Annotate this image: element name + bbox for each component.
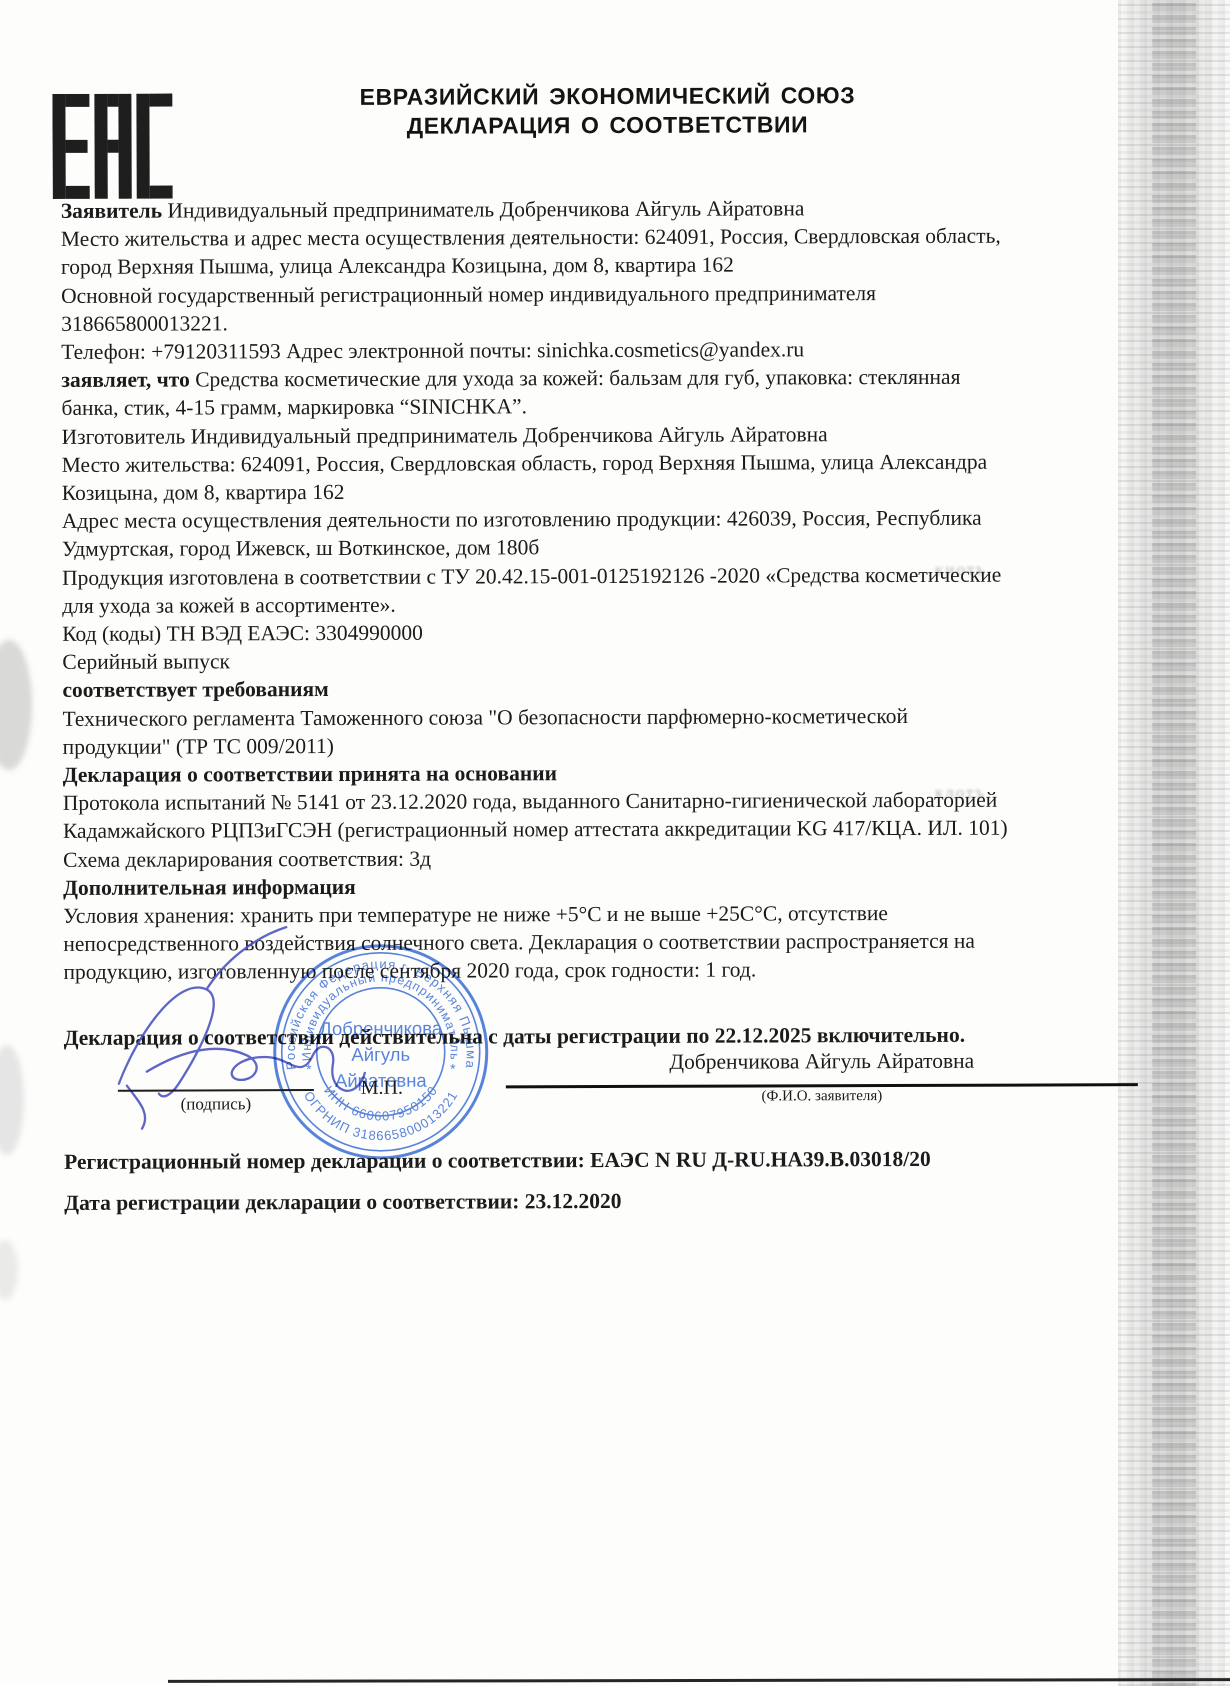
registration-number-line: Регистрационный номер декларации о соотв… bbox=[64, 1146, 1124, 1175]
eac-mark-icon bbox=[52, 94, 172, 201]
stamp-star: * bbox=[306, 1061, 312, 1077]
applicant-name: Добренчикова Айгуль Айратовна bbox=[506, 1048, 1138, 1075]
company-stamp: Российская Федерация г. Верхняя Пышма Ин… bbox=[264, 935, 497, 1168]
signature-caption: (подпись) bbox=[118, 1094, 314, 1115]
body-text-line: Основной государственный регистрационный… bbox=[61, 278, 1071, 310]
body-text-line: соответствует требованиям bbox=[62, 673, 1072, 705]
body-text-line: заявляет, что Средства косметические для… bbox=[61, 363, 1071, 395]
body-text-line: Заявитель Индивидуальный предприниматель… bbox=[61, 193, 1071, 225]
stamp-star: * bbox=[299, 1035, 305, 1051]
body-text-line: Технического регламента Таможенного союз… bbox=[63, 701, 1073, 733]
body-lines: Заявитель Индивидуальный предприниматель… bbox=[61, 193, 1074, 986]
stamp-center-line1: Добренчикова bbox=[319, 1018, 443, 1039]
stamp-place-label: М.П. bbox=[342, 1077, 422, 1100]
body-text-line: Адрес места осуществления деятельности п… bbox=[62, 504, 1072, 536]
body-text-line: Дополнительная информация bbox=[63, 870, 1073, 902]
body-text-line: Код (коды) ТН ВЭД ЕАЭС: 3304990000 bbox=[62, 616, 1072, 648]
registration-date-line: Дата регистрации декларации о соответств… bbox=[64, 1187, 1124, 1216]
body-text-line: 318665800013221. bbox=[61, 306, 1071, 338]
eac-logo bbox=[52, 94, 172, 206]
body-text-line: Протокола испытаний № 5141 от 23.12.2020… bbox=[63, 786, 1073, 818]
body-text-line: продукции" (ТР ТС 009/2011) bbox=[63, 729, 1073, 761]
body-text-line: банка, стик, 4-15 грамм, маркировка “SIN… bbox=[61, 391, 1071, 423]
body-text-line: город Верхняя Пышма, улица Александра Ко… bbox=[61, 250, 1071, 282]
applicant-name-caption: (Ф.И.О. заявителя) bbox=[506, 1087, 1138, 1106]
body-text-line: Козицына, дом 8, квартира 162 bbox=[62, 475, 1072, 507]
stamp-star: * bbox=[450, 1061, 456, 1077]
stamp-center-line2: Айгуль bbox=[351, 1044, 410, 1065]
document-title: ЕВРАЗИЙСКИЙ ЭКОНОМИЧЕСКИЙ СОЮЗ ДЕКЛАРАЦИ… bbox=[297, 81, 917, 141]
body-text-line: Серийный выпуск bbox=[62, 645, 1072, 677]
declaration-document-page: киотъ клотъ bbox=[0, 0, 1230, 1686]
body-text-line: Декларация о соответствии принята на осн… bbox=[63, 757, 1073, 789]
body-text-line: для ухода за кожей в ассортименте». bbox=[62, 588, 1072, 620]
body-text-line: Место жительства и адрес места осуществл… bbox=[61, 222, 1071, 254]
body-text-line: Телефон: +79120311593 Адрес электронной … bbox=[61, 334, 1071, 366]
body-text-line: Продукция изготовлена в соответствии с Т… bbox=[62, 560, 1072, 592]
body-text-line: Удмуртская, город Ижевск, ш Воткинское, … bbox=[62, 532, 1072, 564]
document-title-line2: ДЕКЛАРАЦИЯ О СООТВЕТСТВИИ bbox=[297, 110, 917, 141]
body-text-line: Схема декларирования соответствия: 3д bbox=[63, 842, 1073, 874]
body-text-line: Изготовитель Индивидуальный предпринимат… bbox=[62, 419, 1072, 451]
document-title-line1: ЕВРАЗИЙСКИЙ ЭКОНОМИЧЕСКИЙ СОЮЗ bbox=[297, 81, 917, 112]
body-text-line: Место жительства: 624091, Россия, Свердл… bbox=[62, 447, 1072, 479]
stamp-star: * bbox=[457, 1035, 463, 1051]
body-text-line: Кадамжайского РЦПЗиГСЭН (регистрационный… bbox=[63, 814, 1073, 846]
